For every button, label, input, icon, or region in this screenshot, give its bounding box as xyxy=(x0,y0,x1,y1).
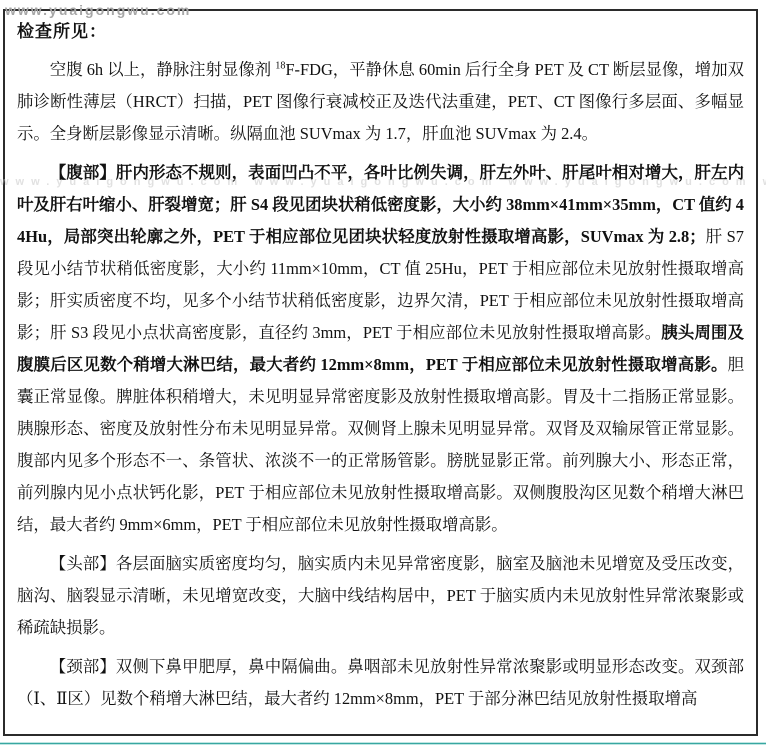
report-body: 空腹 6h 以上，静脉注射显像剂 18F-FDG，平静休息 60min 后行全身… xyxy=(17,54,744,715)
report-paragraph: 【颈部】双侧下鼻甲肥厚，鼻中隔偏曲。鼻咽部未见放射性异常浓聚影或明显形态改变。双… xyxy=(17,651,744,715)
watermark-text: www.yuaigongwu.com xyxy=(5,2,191,18)
report-paragraph: 空腹 6h 以上，静脉注射显像剂 18F-FDG，平静休息 60min 后行全身… xyxy=(17,54,744,150)
report-paragraph: 【头部】各层面脑实质密度均匀，脑实质内未见异常密度影，脑室及脑池未见增宽及受压改… xyxy=(17,548,744,644)
text-segment: 18 xyxy=(275,61,285,72)
report-paragraph: 【腹部】肝内形态不规则，表面凹凸不平，各叶比例失调，肝左外叶、肝尾叶相对增大，肝… xyxy=(17,157,744,541)
bottom-accent-line xyxy=(0,742,766,745)
text-segment: 胆囊正常显像。脾脏体积稍增大，未见明显异常密度影及放射性摄取增高影。胃及十二指肠… xyxy=(17,355,744,534)
report-frame: 检查所见： 空腹 6h 以上，静脉注射显像剂 18F-FDG，平静休息 60mi… xyxy=(3,9,758,736)
text-segment: 【颈部】双侧下鼻甲肥厚，鼻中隔偏曲。鼻咽部未见放射性异常浓聚影或明显形态改变。双… xyxy=(17,657,744,708)
text-segment: 空腹 6h 以上，静脉注射显像剂 xyxy=(50,60,275,79)
page: www.yuaigongwu.com www.yuaigongwu.com ww… xyxy=(0,0,766,748)
text-segment: 【腹部】肝内形态不规则，表面凹凸不平，各叶比例失调，肝左外叶、肝尾叶相对增大，肝… xyxy=(17,163,744,246)
report-section-title: 检查所见： xyxy=(17,17,744,47)
text-segment: 【头部】各层面脑实质密度均匀，脑实质内未见异常密度影，脑室及脑池未见增宽及受压改… xyxy=(17,554,744,637)
